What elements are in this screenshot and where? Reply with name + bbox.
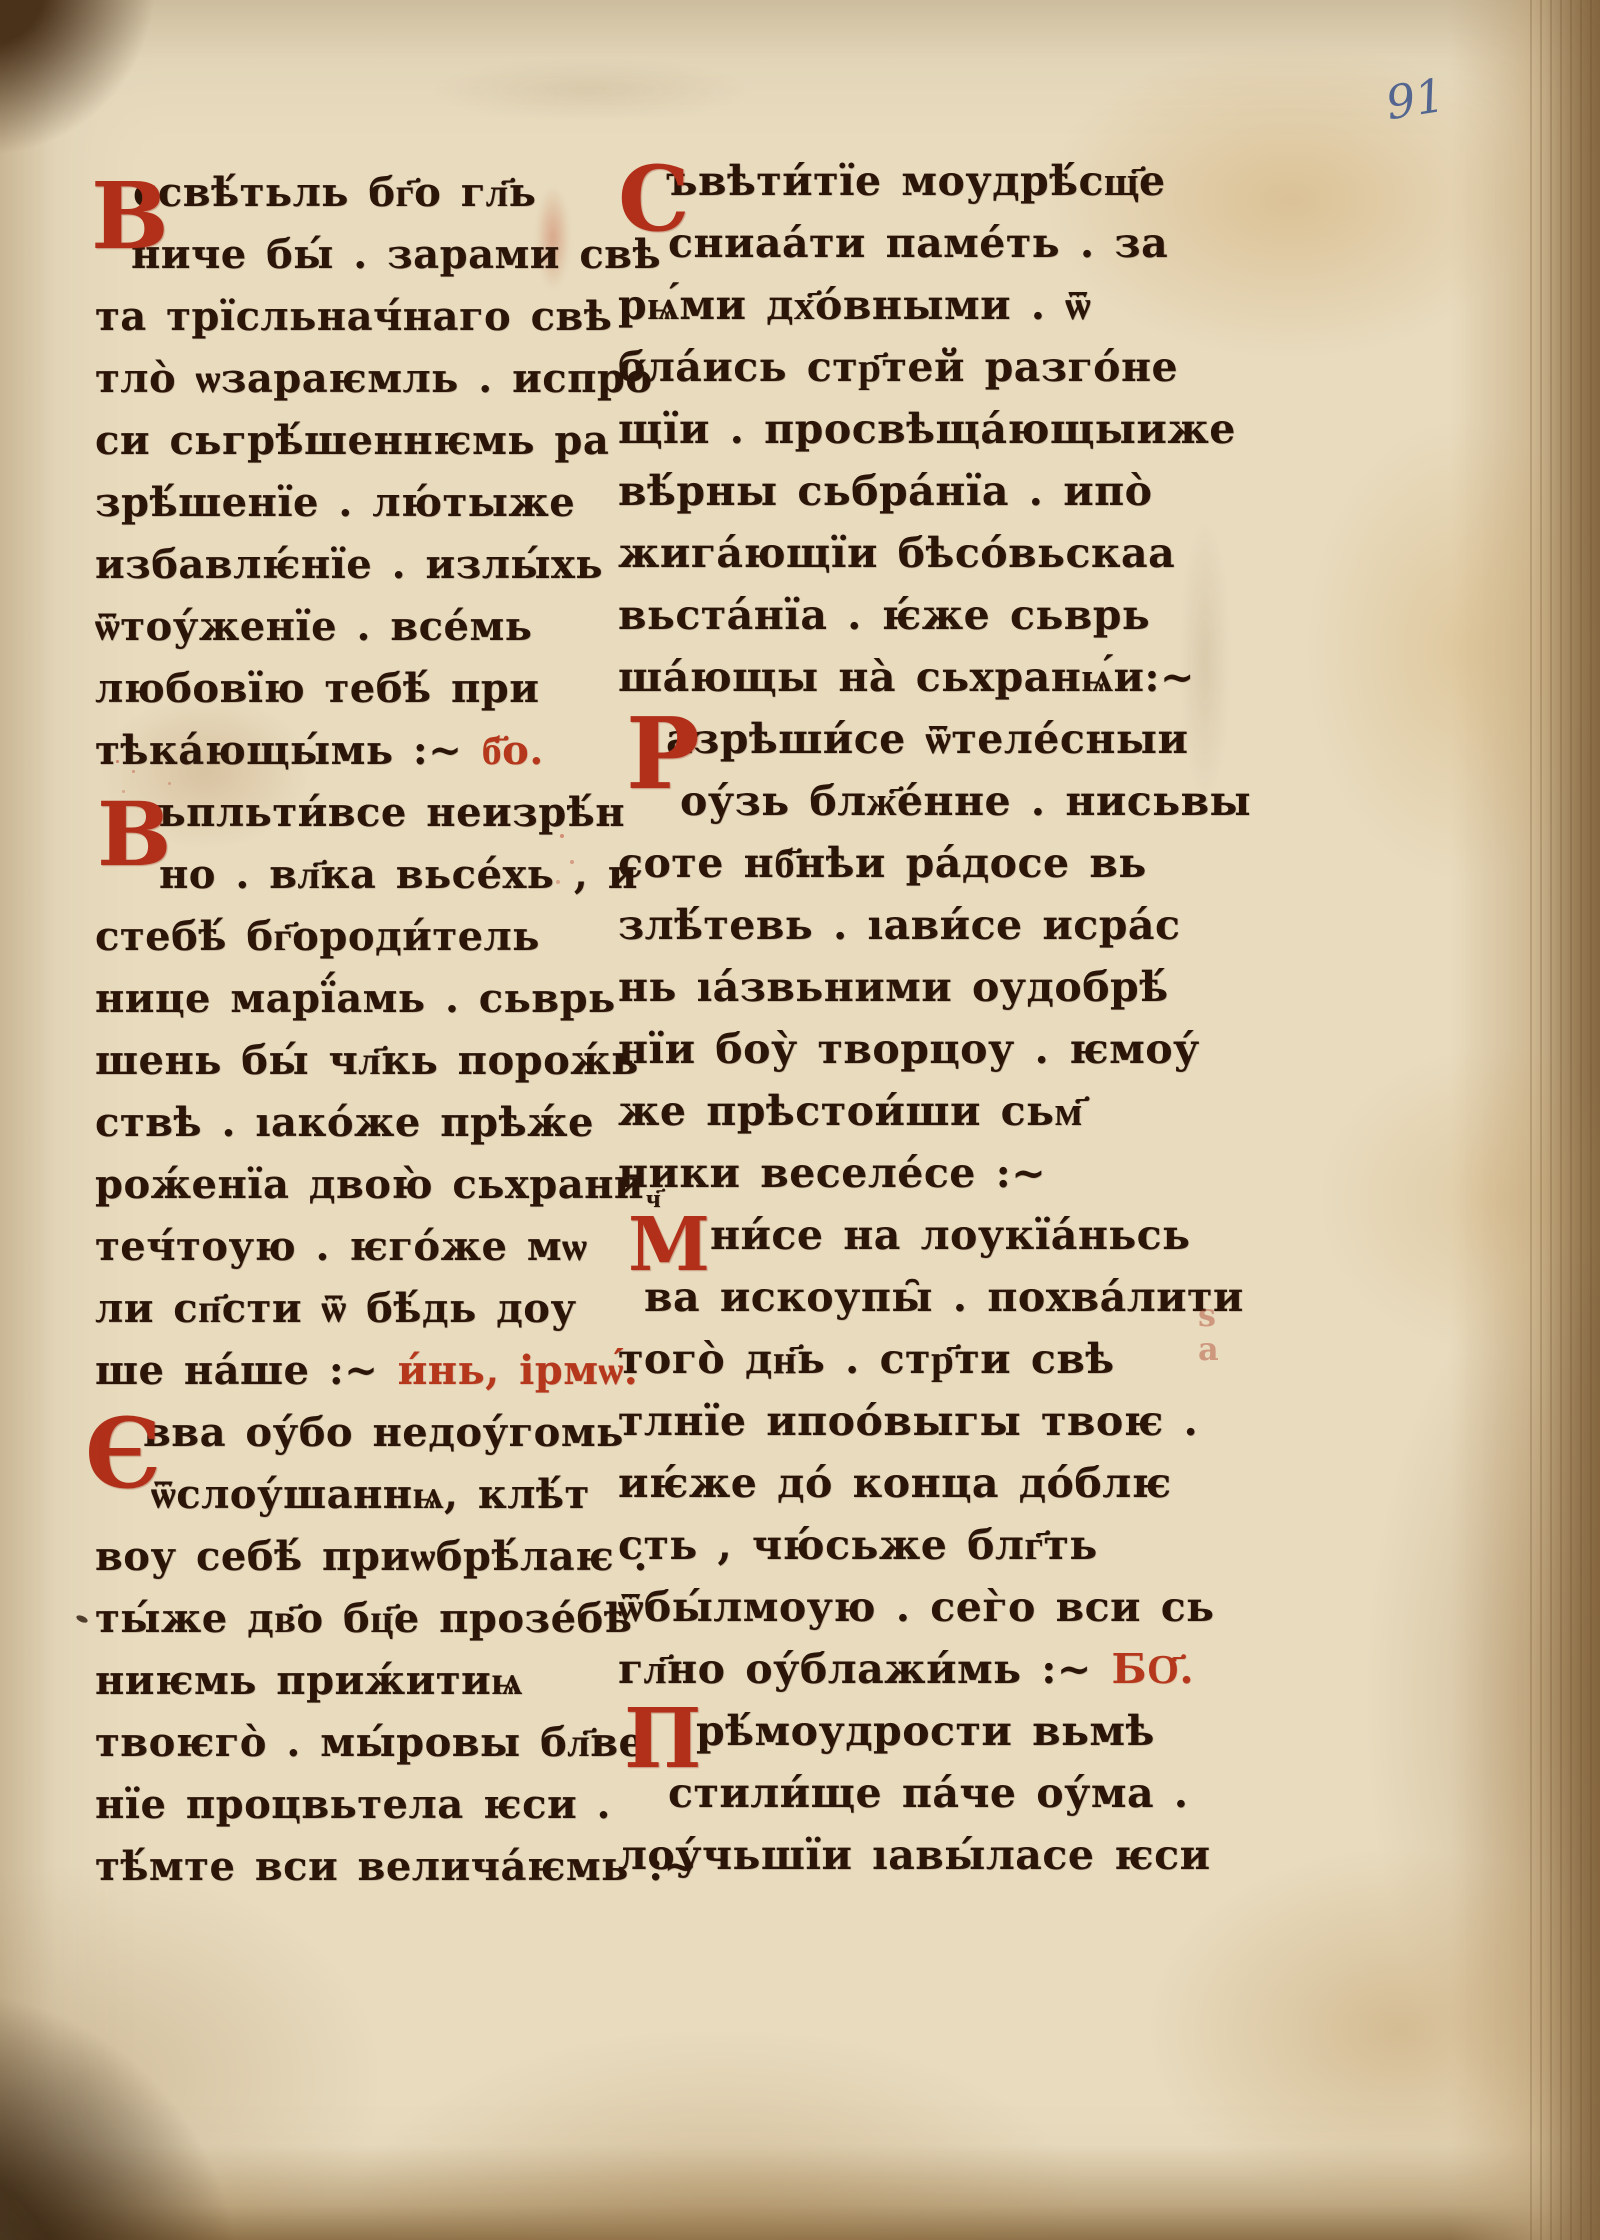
manuscript-photo: 91 ВВЄєсвѣ́тьль бг҃о гл҃ьниче бы́ . зара… bbox=[0, 0, 1600, 2240]
body-text: лоу́чьшїи ıавы́ласе ѥси bbox=[618, 1831, 1211, 1879]
text-line: ли сп҃сти ѿ бѣ́дь доу bbox=[95, 1278, 575, 1340]
rubric-initial: Мч҃ bbox=[628, 1208, 711, 1282]
body-text: ниѥмь приж́итиѩ bbox=[95, 1657, 523, 1704]
body-text: тѣка́ющы́мь :~ bbox=[95, 727, 482, 774]
text-line: жига́ющїи бѣсо́вьскаа bbox=[618, 522, 1183, 584]
text-line: стили́ще па́че оу́ма . bbox=[618, 1762, 1183, 1824]
ink-bleed-ghost bbox=[430, 60, 750, 120]
text-line: ствѣ . ıако́же прѣж́е bbox=[95, 1092, 575, 1154]
page-stack-edge bbox=[1530, 0, 1600, 2240]
body-text: сниаа́ти паме́ть . за bbox=[668, 219, 1168, 267]
body-text: єсвѣ́тьль бг҃о гл҃ь bbox=[133, 169, 536, 216]
body-text: шень бы́ чл҃кь порож́ь bbox=[95, 1037, 639, 1084]
body-text: злѣ́тевь . ıави́се исра́с bbox=[618, 901, 1180, 949]
text-line: ѿтоу́женїе . все́мь bbox=[95, 596, 575, 658]
body-text: вьста́нїа . ѥ́же сьврь bbox=[618, 591, 1150, 639]
body-text: воу себѣ́ приѡбрѣ́лаѥ . bbox=[95, 1533, 648, 1580]
body-text: нїи боу̀ творцоу . ѥмоу́ bbox=[618, 1025, 1200, 1073]
body-text: ва искоупы̑ . похва́лити bbox=[644, 1273, 1244, 1321]
body-text: стили́ще па́че оу́ма . bbox=[668, 1769, 1189, 1817]
body-text: ты́же дв҃о бц҃е прозе́бѣ bbox=[95, 1595, 632, 1642]
text-line: ъвѣти́тїе моудрѣ́сщ҃е bbox=[618, 150, 1183, 212]
text-line: нїе процвьтела ѥси . bbox=[95, 1774, 575, 1836]
body-text: та трїсльнач́наго свѣ bbox=[95, 293, 612, 340]
text-line: того̀ дн҃ь . стр҃ти свѣ bbox=[618, 1328, 1183, 1390]
text-line: тлнїе ипоо́выгы твоѥ . bbox=[618, 1390, 1183, 1452]
text-line: иѥ́же до́ конца до́блѥ bbox=[618, 1452, 1183, 1514]
body-text: ствѣ . ıако́же прѣж́е bbox=[95, 1099, 594, 1146]
text-line: оу́зь блж҃е́нне . нисьвы bbox=[618, 770, 1183, 832]
body-text: рѣ́моудрости вьмѣ bbox=[696, 1707, 1155, 1755]
rubric-initial: П bbox=[624, 1698, 702, 1780]
rubric-superscript: ч҃ bbox=[646, 1186, 662, 1212]
text-line: гл҃но оу́блажи́мь :~ БО҃. bbox=[618, 1638, 1183, 1700]
body-text: щїи . просвѣща́ющыиже bbox=[618, 405, 1236, 453]
body-text: соте нб҃нѣи ра́досе вь bbox=[618, 839, 1147, 887]
text-line: ѿслоу́шаннѩ, клѣ́т bbox=[95, 1464, 575, 1526]
text-line: щїи . просвѣща́ющыиже bbox=[618, 398, 1183, 460]
text-line: рѣ́моудрости вьмѣ bbox=[618, 1700, 1183, 1762]
text-line: стебѣ́ бг҃ороди́тель bbox=[95, 906, 575, 968]
body-text: тѣ́мте вси велича́ѥмь :~ bbox=[95, 1843, 698, 1890]
text-line: ты́же дв҃о бц҃е прозе́бѣ bbox=[95, 1588, 575, 1650]
text-line: рож́енїа двою̀ сьхрани bbox=[95, 1154, 575, 1216]
text-line: азрѣши́се ѿтеле́сныи bbox=[618, 708, 1183, 770]
text-line: вьста́нїа . ѥ́же сьврь bbox=[618, 584, 1183, 646]
body-text: нь ıа́звьними оудобрѣ́ bbox=[618, 963, 1169, 1011]
rubric-initial: В bbox=[97, 790, 171, 878]
body-text: ъвѣти́тїе моудрѣ́сщ҃е bbox=[666, 157, 1166, 205]
text-line: сниаа́ти паме́ть . за bbox=[618, 212, 1183, 274]
text-line: си сьгрѣ́шеннѥмь ра bbox=[95, 410, 575, 472]
body-text: жига́ющїи бѣсо́вьскаа bbox=[618, 529, 1175, 577]
text-line: ниѥмь приж́итиѩ bbox=[95, 1650, 575, 1712]
body-text: тло̀ ѡзараѥмль . испро́ bbox=[95, 355, 653, 402]
text-line: бла́ись стр҃тей разго́не bbox=[618, 336, 1183, 398]
body-text: си сьгрѣ́шеннѥмь ра bbox=[95, 417, 609, 464]
text-line: нїи боу̀ творцоу . ѥмоу́ bbox=[618, 1018, 1183, 1080]
text-line: ѿбы́лмоую . сег̀о вси сь bbox=[618, 1576, 1183, 1638]
text-line: же прѣстои́ши сьм҃ bbox=[618, 1080, 1183, 1142]
body-text: ше на́ше :~ bbox=[95, 1347, 398, 1394]
body-text: твоѥго̀ . мы́ровы бл҃ве bbox=[95, 1719, 644, 1766]
body-text: рож́енїа двою̀ сьхрани bbox=[95, 1161, 644, 1208]
text-line: теч́тоую . ѥго́же мѡ bbox=[95, 1216, 575, 1278]
text-column-left: ВВЄєсвѣ́тьль бг҃о гл҃ьниче бы́ . зарами … bbox=[95, 162, 575, 1898]
text-line: ша́ющы на̀ сьхранѩ́и:~ bbox=[618, 646, 1183, 708]
body-text: гл҃но оу́блажи́мь :~ bbox=[618, 1645, 1111, 1693]
body-text: ли сп҃сти ѿ бѣ́дь доу bbox=[95, 1285, 577, 1332]
text-line: воу себѣ́ приѡбрѣ́лаѥ . bbox=[95, 1526, 575, 1588]
rubric-initial: Є bbox=[85, 1406, 161, 1502]
body-text: стебѣ́ бг҃ороди́тель bbox=[95, 913, 540, 960]
text-line: соте нб҃нѣи ра́досе вь bbox=[618, 832, 1183, 894]
rubric-text: БО҃. bbox=[1111, 1645, 1194, 1693]
body-text: ъпльти́все неизрѣ́н bbox=[155, 789, 625, 836]
body-text: ни́се на лоукїа́ньсь bbox=[710, 1211, 1190, 1259]
body-text: азрѣши́се ѿтеле́сныи bbox=[666, 715, 1188, 763]
text-line: любовїю тебѣ́ при bbox=[95, 658, 575, 720]
text-line: избавлѥ́нїе . излы́хь bbox=[95, 534, 575, 596]
folio-number: 91 bbox=[1382, 68, 1448, 130]
body-text: ѿтоу́женїе . все́мь bbox=[95, 603, 532, 650]
text-line: нице марї́амь . сьврь bbox=[95, 968, 575, 1030]
text-line: тло̀ ѡзараѥмль . испро́ bbox=[95, 348, 575, 410]
text-line: шень бы́ чл҃кь порож́ь bbox=[95, 1030, 575, 1092]
text-line: сть , чю́сьже блг҃ть bbox=[618, 1514, 1183, 1576]
body-text: ѿслоу́шаннѩ, клѣ́т bbox=[151, 1471, 590, 1518]
text-line: та трїсльнач́наго свѣ bbox=[95, 286, 575, 348]
text-line: тѣка́ющы́мь :~ б҃о. bbox=[95, 720, 575, 782]
rubric-initial: С bbox=[618, 154, 691, 244]
body-text: того̀ дн҃ь . стр҃ти свѣ bbox=[618, 1335, 1115, 1383]
rubric-initial: Р bbox=[626, 706, 701, 804]
body-text: зрѣ́шенїе . лю́тыже bbox=[95, 479, 575, 526]
text-line: злѣ́тевь . ıави́се исра́с bbox=[618, 894, 1183, 956]
ink-blot bbox=[75, 1614, 88, 1624]
text-line: зрѣ́шенїе . лю́тыже bbox=[95, 472, 575, 534]
text-line: вѣ́рны сьбра́нїа . ипо̀ bbox=[618, 460, 1183, 522]
body-text: вва оу́бо недоу́гомь bbox=[143, 1409, 624, 1456]
body-text: иѥ́же до́ конца до́блѥ bbox=[618, 1459, 1172, 1507]
rubric-initial: В bbox=[91, 170, 169, 262]
body-text: теч́тоую . ѥго́же мѡ bbox=[95, 1223, 587, 1270]
text-line: нь ıа́звьними оудобрѣ́ bbox=[618, 956, 1183, 1018]
body-text: любовїю тебѣ́ при bbox=[95, 665, 539, 712]
parchment-page: 91 ВВЄєсвѣ́тьль бг҃о гл҃ьниче бы́ . зара… bbox=[0, 0, 1600, 2240]
body-text: вѣ́рны сьбра́нїа . ипо̀ bbox=[618, 467, 1152, 515]
body-text: ники веселе́се :~ bbox=[618, 1149, 1046, 1197]
body-text: ѿбы́лмоую . сег̀о вси сь bbox=[618, 1583, 1215, 1631]
text-line: вва оу́бо недоу́гомь bbox=[95, 1402, 575, 1464]
body-text: сть , чю́сьже блг҃ть bbox=[618, 1521, 1098, 1569]
body-text: избавлѥ́нїе . излы́хь bbox=[95, 541, 603, 588]
body-text: рѩ́ми дх҃о́вными . ѿ bbox=[618, 281, 1091, 329]
text-line: твоѥго̀ . мы́ровы бл҃ве bbox=[95, 1712, 575, 1774]
body-text: бла́ись стр҃тей разго́не bbox=[618, 343, 1178, 391]
body-text: ниче бы́ . зарами свѣ bbox=[131, 231, 661, 278]
body-text: но . вл҃ка вьсе́хь , и bbox=[159, 851, 638, 898]
body-text: ша́ющы на̀ сьхранѩ́и:~ bbox=[618, 653, 1195, 701]
rubric-text: б҃о. bbox=[482, 727, 544, 774]
text-line: тѣ́мте вси велича́ѥмь :~ bbox=[95, 1836, 575, 1898]
body-text: нїе процвьтела ѥси . bbox=[95, 1781, 611, 1828]
text-column-right: СРМч҃Пъвѣти́тїе моудрѣ́сщ҃есниаа́ти паме… bbox=[618, 150, 1183, 1886]
text-line: ники веселе́се :~ bbox=[618, 1142, 1183, 1204]
body-text: оу́зь блж҃е́нне . нисьвы bbox=[680, 777, 1251, 825]
body-text: нице марї́амь . сьврь bbox=[95, 975, 616, 1022]
body-text: же прѣстои́ши сьм҃ bbox=[618, 1087, 1083, 1135]
body-text: тлнїе ипоо́выгы твоѥ . bbox=[618, 1397, 1198, 1445]
text-line: рѩ́ми дх҃о́вными . ѿ bbox=[618, 274, 1183, 336]
text-line: лоу́чьшїи ıавы́ласе ѥси bbox=[618, 1824, 1183, 1886]
text-line: ше на́ше :~ и́нь, ірмѡ́. bbox=[95, 1340, 575, 1402]
margin-note-red: ѕа bbox=[1198, 1298, 1224, 1366]
rubric-text: и́нь, ірмѡ́. bbox=[398, 1347, 639, 1394]
